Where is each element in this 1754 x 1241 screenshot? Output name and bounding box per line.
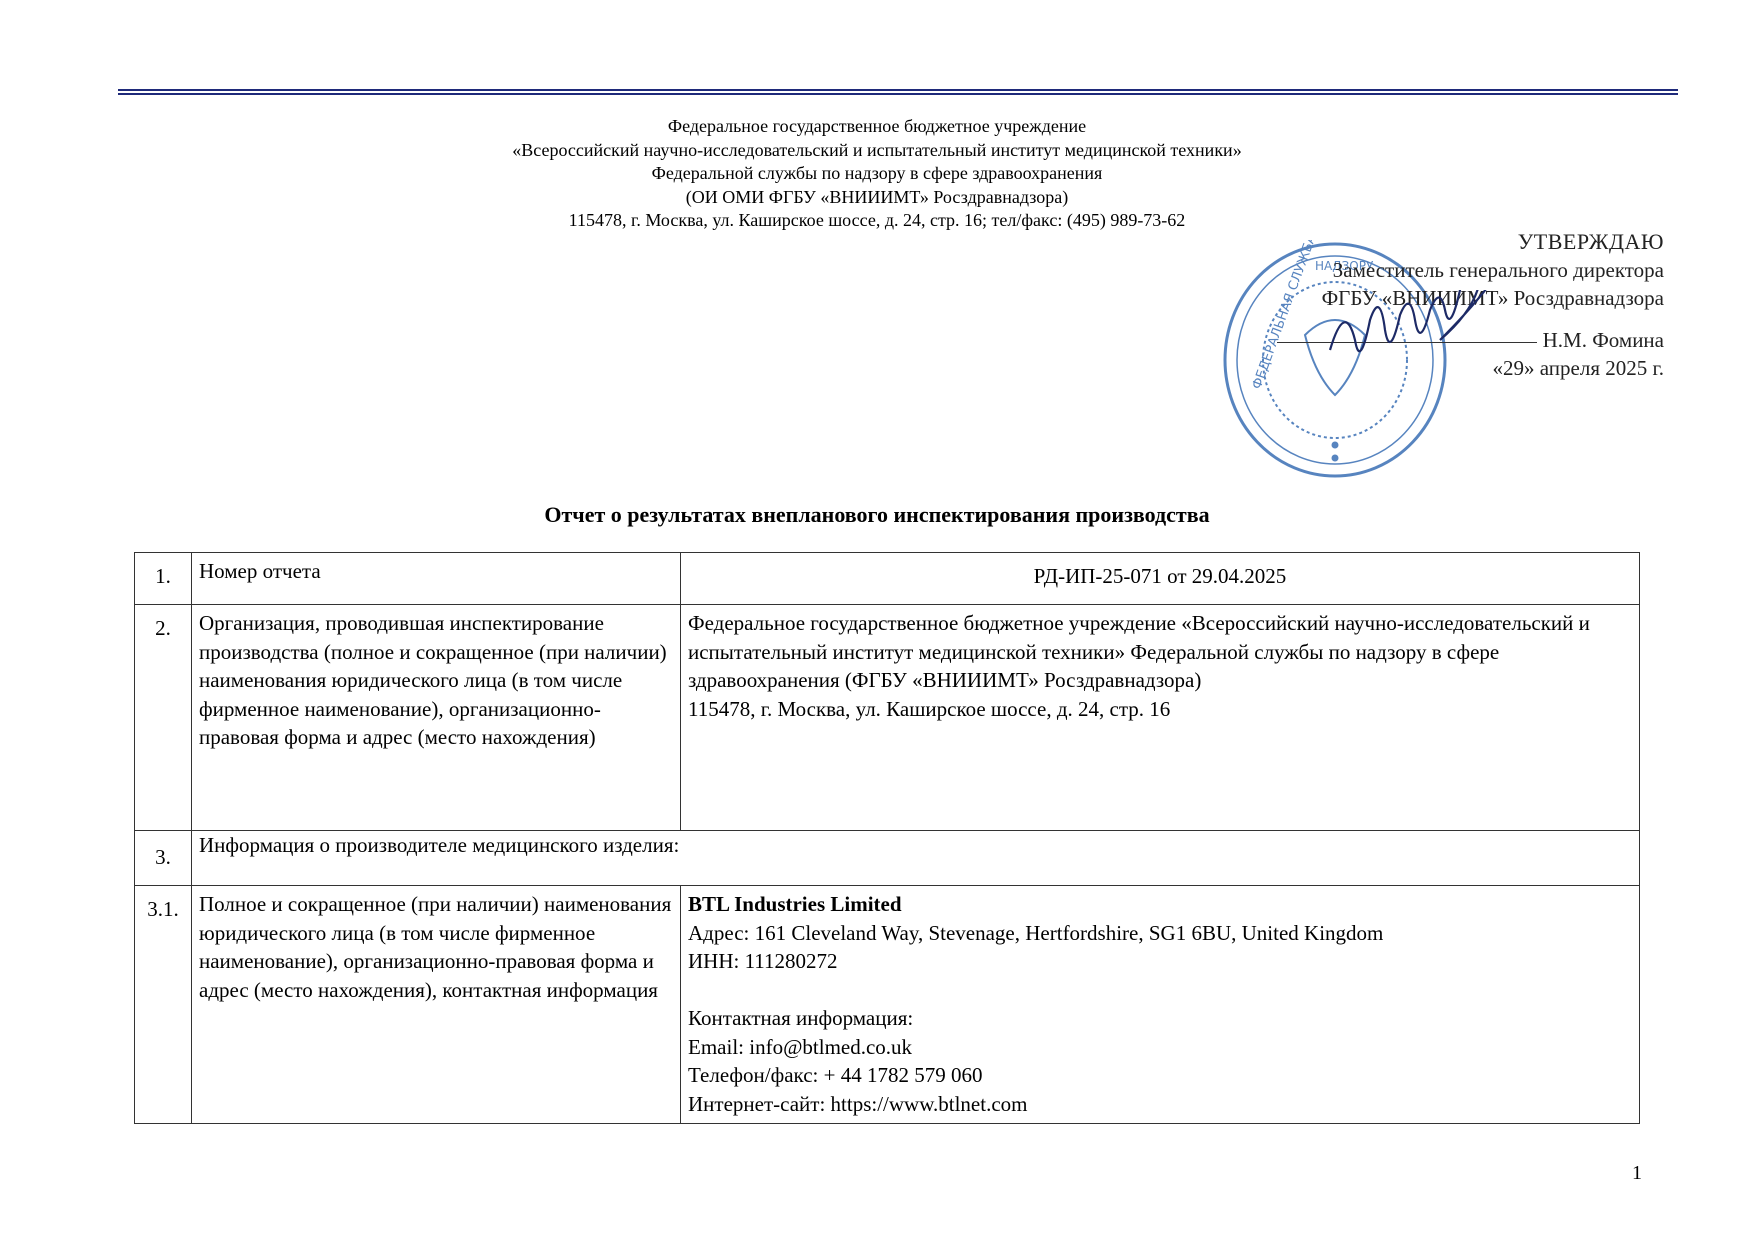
row-number: 2. xyxy=(135,605,192,831)
header-line-2: «Всероссийский научно-исследовательский … xyxy=(0,139,1754,163)
row-number: 1. xyxy=(135,553,192,605)
header-line-3: Федеральной службы по надзору в сфере зд… xyxy=(0,162,1754,186)
header-line-1: Федеральное государственное бюджетное уч… xyxy=(0,115,1754,139)
manufacturer-website: Интернет-сайт: https://www.btlnet.com xyxy=(688,1090,1632,1119)
manufacturer-name: BTL Industries Limited xyxy=(688,890,1632,919)
signature-icon xyxy=(1320,290,1520,380)
row-number: 3. xyxy=(135,831,192,886)
row-label: Полное и сокращенное (при наличии) наиме… xyxy=(192,886,681,1124)
inspecting-organization-address: 115478, г. Москва, ул. Каширское шоссе, … xyxy=(688,695,1632,724)
manufacturer-address: Адрес: 161 Cleveland Way, Stevenage, Her… xyxy=(688,919,1632,948)
approver-position-line-1: Заместитель генерального директора xyxy=(1277,256,1664,284)
row-number: 3.1. xyxy=(135,886,192,1124)
manufacturer-inn: ИНН: 111280272 xyxy=(688,947,1632,976)
table-row: 3.1. Полное и сокращенное (при наличии) … xyxy=(135,886,1640,1124)
report-table: 1. Номер отчета РД-ИП-25-071 от 29.04.20… xyxy=(134,552,1640,1124)
contact-heading: Контактная информация: xyxy=(688,1004,1632,1033)
inspecting-organization-value: Федеральное государственное бюджетное уч… xyxy=(681,605,1640,831)
page-number: 1 xyxy=(1632,1162,1642,1185)
manufacturer-phone: Телефон/факс: + 44 1782 579 060 xyxy=(688,1061,1632,1090)
approval-heading: УТВЕРЖДАЮ xyxy=(1277,228,1664,256)
header-line-4: (ОИ ОМИ ФГБУ «ВНИИИМТ» Росздравнадзора) xyxy=(0,186,1754,210)
table-row: 2. Организация, проводившая инспектирова… xyxy=(135,605,1640,831)
header-double-rule xyxy=(118,89,1678,95)
report-title: Отчет о результатах внепланового инспект… xyxy=(0,502,1754,528)
manufacturer-email: Email: info@btlmed.co.uk xyxy=(688,1033,1632,1062)
inspecting-organization-name: Федеральное государственное бюджетное уч… xyxy=(688,609,1632,695)
report-number-value: РД-ИП-25-071 от 29.04.2025 xyxy=(681,553,1640,605)
organization-header: Федеральное государственное бюджетное уч… xyxy=(0,115,1754,233)
row-label: Номер отчета xyxy=(192,553,681,605)
table-row: 1. Номер отчета РД-ИП-25-071 от 29.04.20… xyxy=(135,553,1640,605)
table-row: 3. Информация о производителе медицинско… xyxy=(135,831,1640,886)
section-heading: Информация о производителе медицинского … xyxy=(192,831,1640,886)
signatory-name: Н.М. Фомина xyxy=(1543,328,1664,352)
row-label: Организация, проводившая инспектирование… xyxy=(192,605,681,831)
manufacturer-info-value: BTL Industries Limited Адрес: 161 Clevel… xyxy=(681,886,1640,1124)
